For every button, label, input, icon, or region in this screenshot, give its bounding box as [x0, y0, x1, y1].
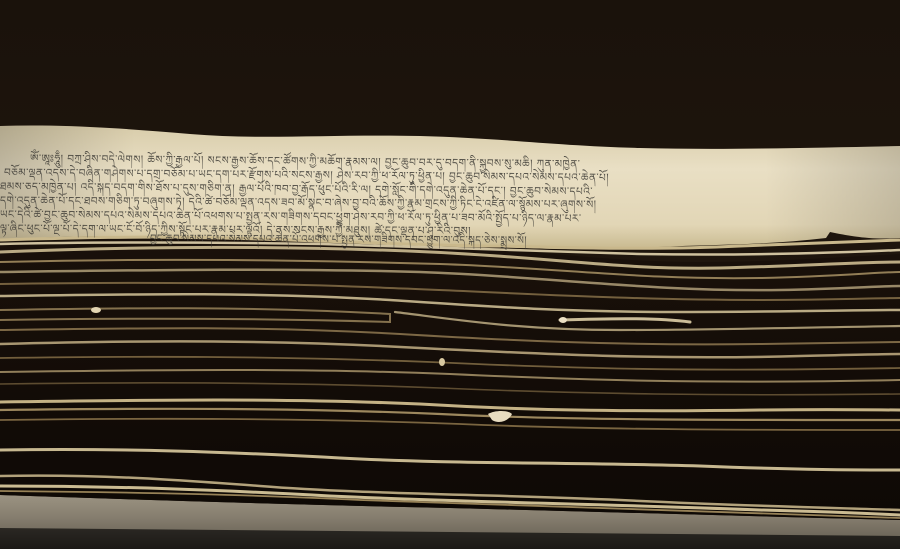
- manuscript-illustration: [0, 0, 900, 549]
- manuscript-photo: Close-up of an old Tibetan manuscript: t…: [0, 0, 900, 549]
